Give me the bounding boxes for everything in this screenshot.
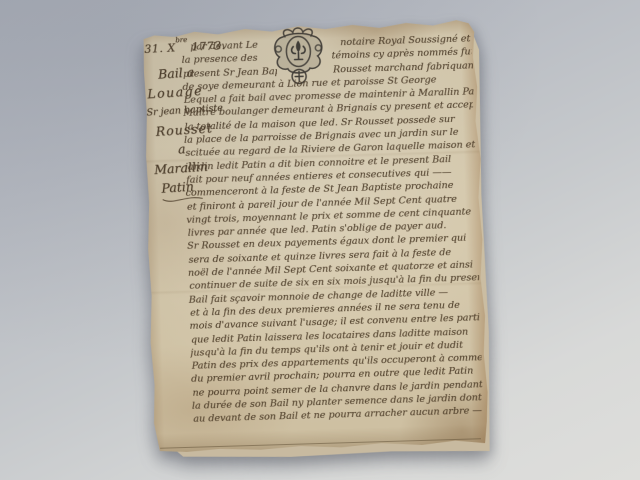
document-paper-stack: 31. Xbre 1773. Bail aLouageSr jean bapti… <box>141 19 494 461</box>
manuscript-page: 31. Xbre 1773. Bail aLouageSr jean bapti… <box>141 19 489 453</box>
date-text: 31. X <box>144 41 176 55</box>
manuscript-body: par devant Lenotaire Royal Soussigné et … <box>181 32 482 426</box>
photo-background: 31. Xbre 1773. Bail aLouageSr jean bapti… <box>0 0 640 480</box>
